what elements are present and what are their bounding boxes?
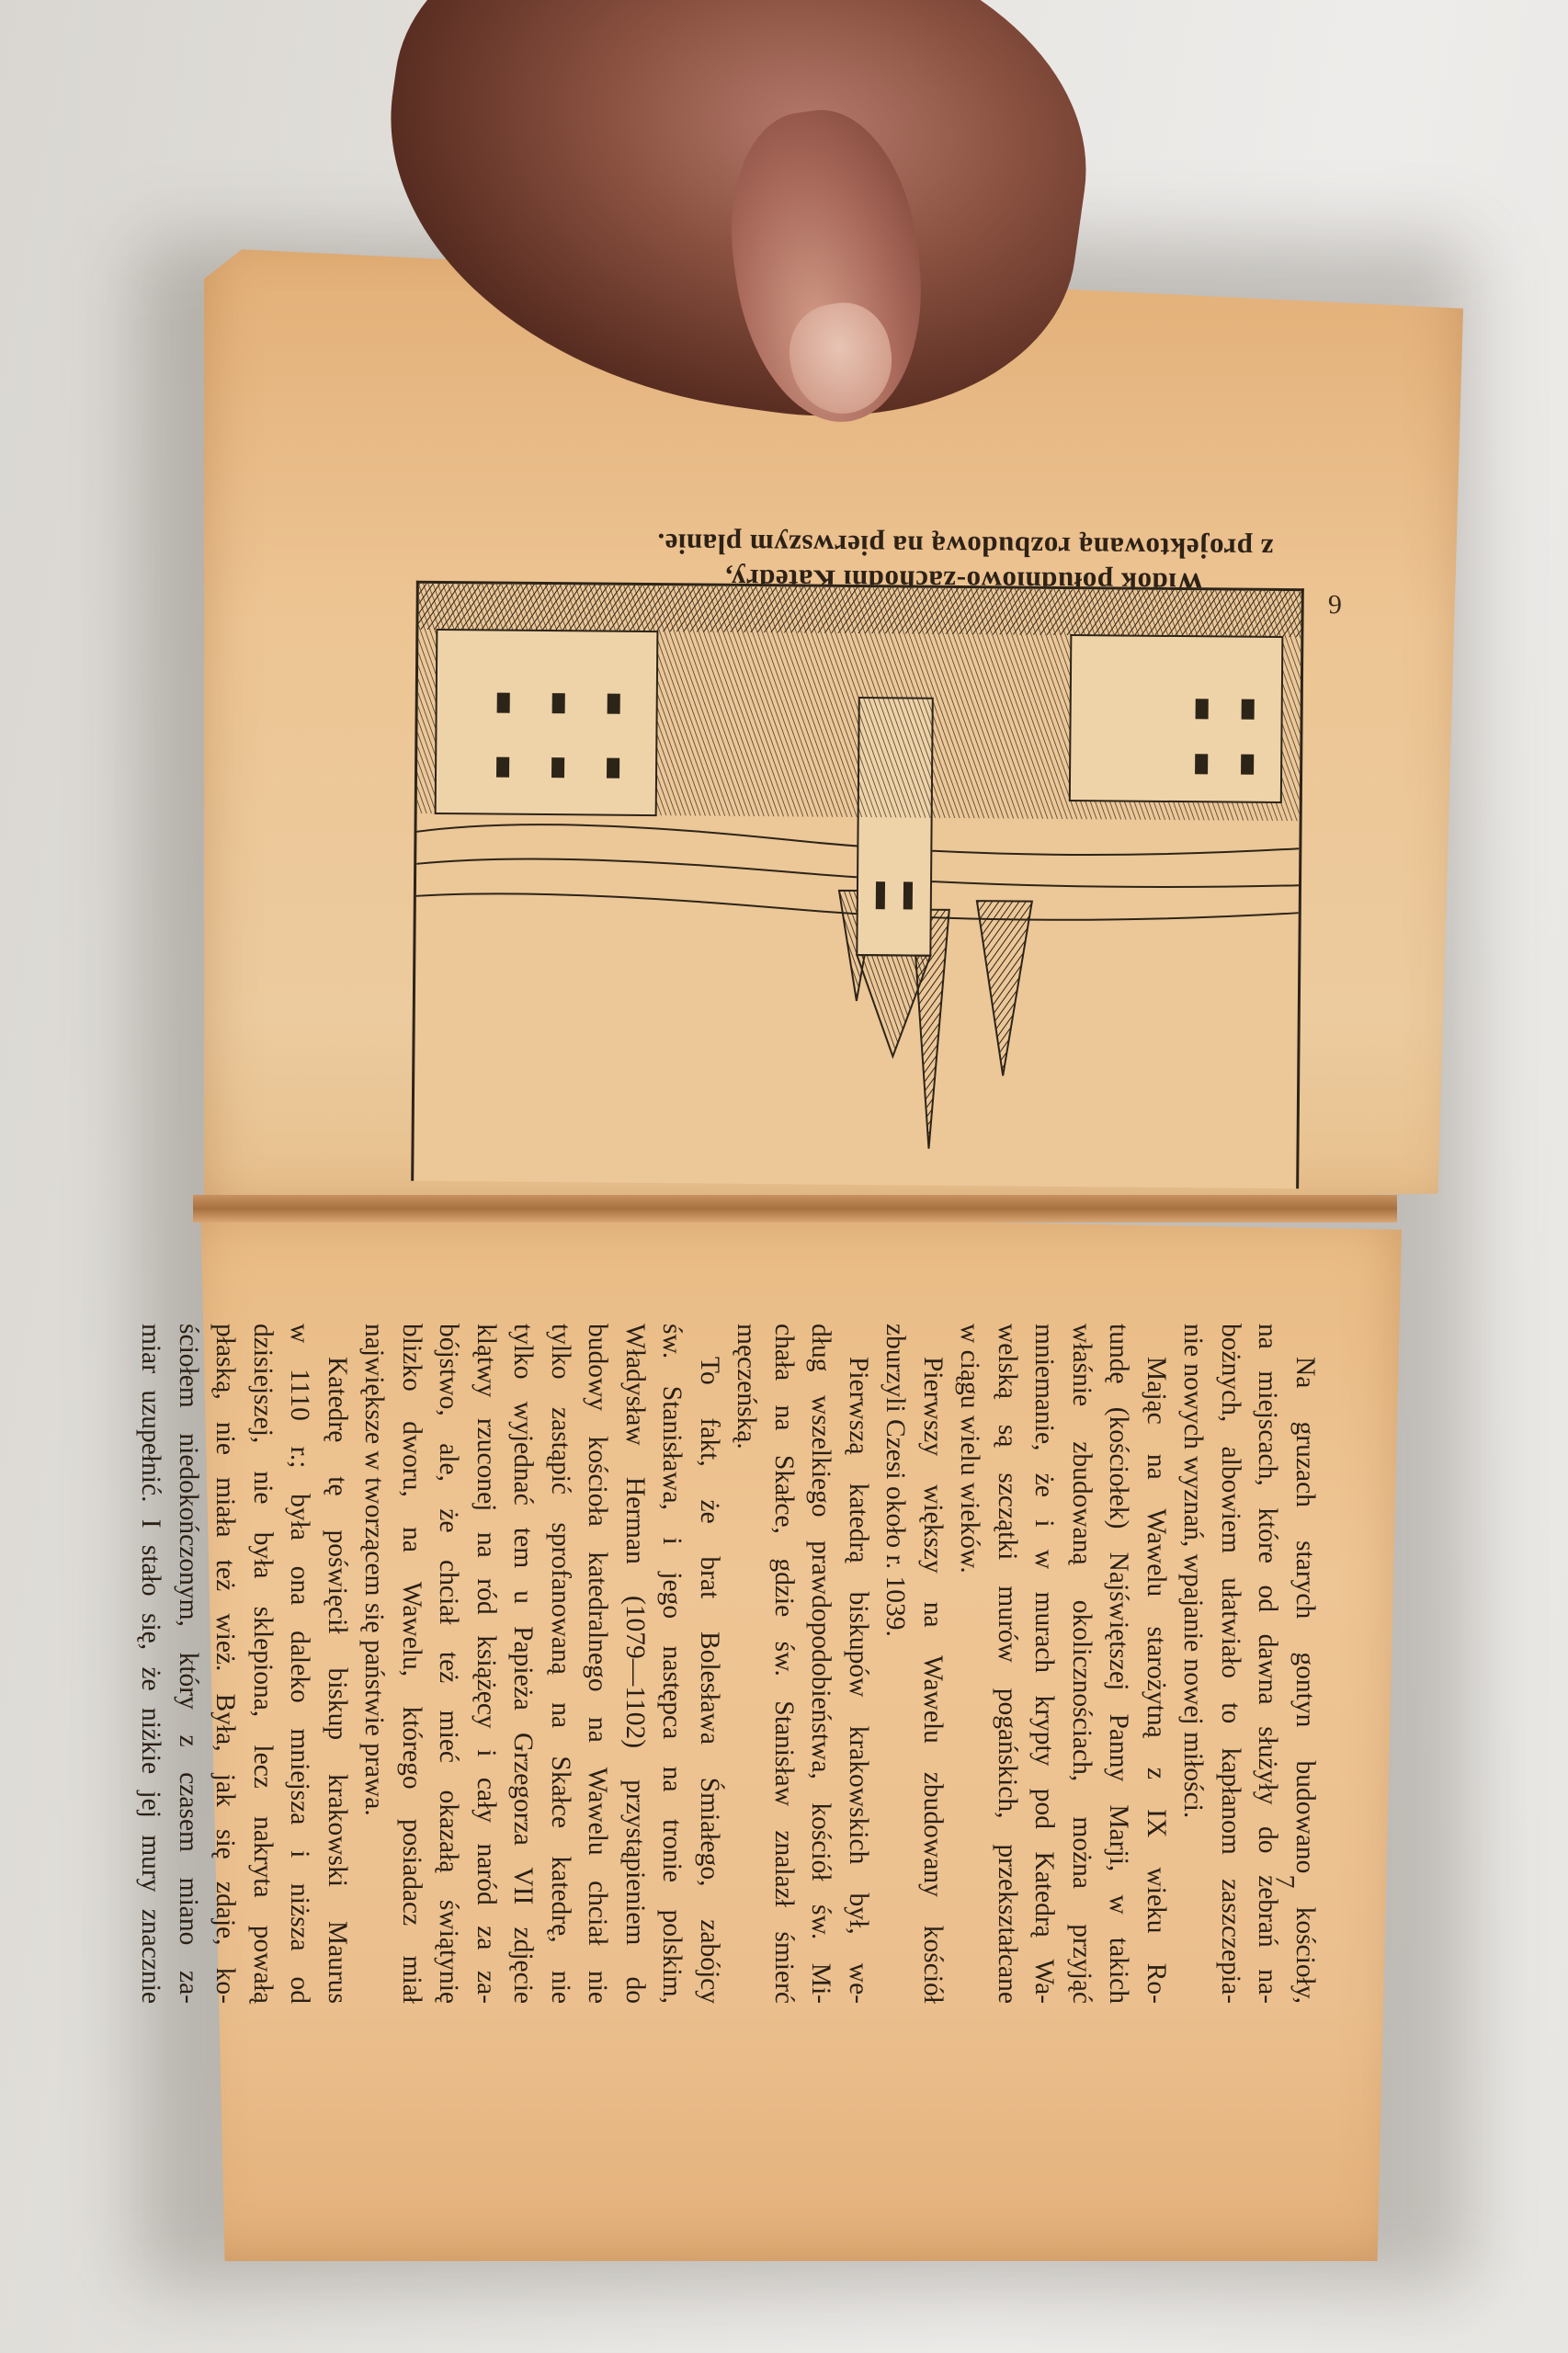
text-line: Mając na Wawelu starożytną z IX wieku Ro… xyxy=(1138,1324,1176,2004)
text-line: welską są szczątki murów pogańskich, prz… xyxy=(989,1324,1027,2004)
text-line: na miejscach, które od dawna służyły do … xyxy=(1249,1324,1287,2004)
text-line: klątwy rzuconej na ród książęcy i cały n… xyxy=(468,1324,506,2004)
text-line: miar uzupełnić. I stało się, że niżkie j… xyxy=(132,1324,170,2004)
paragraph: Katedrę tę poświęcił biskup krakowski Ma… xyxy=(132,1324,356,2004)
text-line: tundę (kościołek) Najświętszej Panny Mar… xyxy=(1100,1324,1138,2004)
book-body-text: Na gruzach starych gontyn budowano kości… xyxy=(322,1324,1324,2004)
paragraph: Na gruzach starych gontyn budowano kości… xyxy=(1175,1324,1324,2004)
text-line: bożnych, albowiem ułatwiało to kapłanom … xyxy=(1212,1324,1250,2004)
text-line: nie nowych wyznań, wpajanie nowej miłośc… xyxy=(1175,1324,1212,2004)
text-line: Pierwszy większy na Wawelu zbudowany koś… xyxy=(915,1324,952,2004)
text-line: dług wszelkiego prawdopodobieństwa, kośc… xyxy=(802,1324,840,2004)
text-line: największe w tworzącem się państwie praw… xyxy=(356,1324,393,2004)
text-line: płaską, nie miała też wież. Była, jak si… xyxy=(207,1324,244,2004)
text-line: św. Stanisława, i jego następca na troni… xyxy=(653,1324,691,2004)
paragraph: Pierwszy większy na Wawelu zbudowany koś… xyxy=(877,1324,951,2004)
text-line: chała na Skałce, gdzie św. Stanisław zna… xyxy=(766,1324,803,2004)
paragraph: To fakt, że brat Bolesława Śmiałego, zab… xyxy=(356,1324,728,2004)
text-line: budowy kościoła katedralnego na Wawelu c… xyxy=(579,1324,617,2004)
text-line: bójstwo, ale, że chciał też mieć okazałą… xyxy=(430,1324,468,2004)
text-line: zburzyli Czesi około r. 1039. xyxy=(877,1324,915,2004)
paragraph: Mając na Wawelu starożytną z IX wieku Ro… xyxy=(951,1324,1175,2004)
text-line: mniemanie, że i w murach krypty pod Kate… xyxy=(1026,1324,1063,2004)
paragraph: Pierwszą katedrą biskupów krakowskich by… xyxy=(728,1324,877,2004)
text-line: To fakt, że brat Bolesława Śmiałego, zab… xyxy=(691,1324,729,2004)
caption-line: z projektowaną rozbudową na pierwszym pl… xyxy=(588,525,1342,566)
text-line: ściołem niedokończonym, który z czasem m… xyxy=(170,1324,208,2004)
text-line: męczeńską. xyxy=(728,1324,766,2004)
text-line: tylko zastąpić sprofanowaną na Skałce ka… xyxy=(542,1324,580,2004)
cathedral-illustration xyxy=(411,581,1304,1188)
text-line: Władysław Herman (1079—1102) przystąpien… xyxy=(617,1324,654,2004)
book-spine xyxy=(193,1195,1397,1222)
text-line: Katedrę tę poświęcił biskup krakowski Ma… xyxy=(319,1324,357,2004)
text-line: Na gruzach starych gontyn budowano kości… xyxy=(1287,1324,1324,2004)
text-line: w 1110 r.; była ona daleko mniejsza i ni… xyxy=(281,1324,319,2004)
text-line: dzisiejszej, nie była sklepiona, lecz na… xyxy=(244,1324,282,2004)
text-line: tylko wyjednać tem u Papieża Grzegorza V… xyxy=(505,1324,542,2004)
text-line: właśnie zbudowaną okolicznościach, można… xyxy=(1063,1324,1101,2004)
text-line: Pierwszą katedrą biskupów krakowskich by… xyxy=(840,1324,878,2004)
text-line: blizko dworu, na Wawelu, którego posiada… xyxy=(393,1324,431,2004)
cathedral-engraving-icon xyxy=(414,584,1301,1188)
text-line: w ciągu wielu wieków. xyxy=(951,1324,989,2004)
